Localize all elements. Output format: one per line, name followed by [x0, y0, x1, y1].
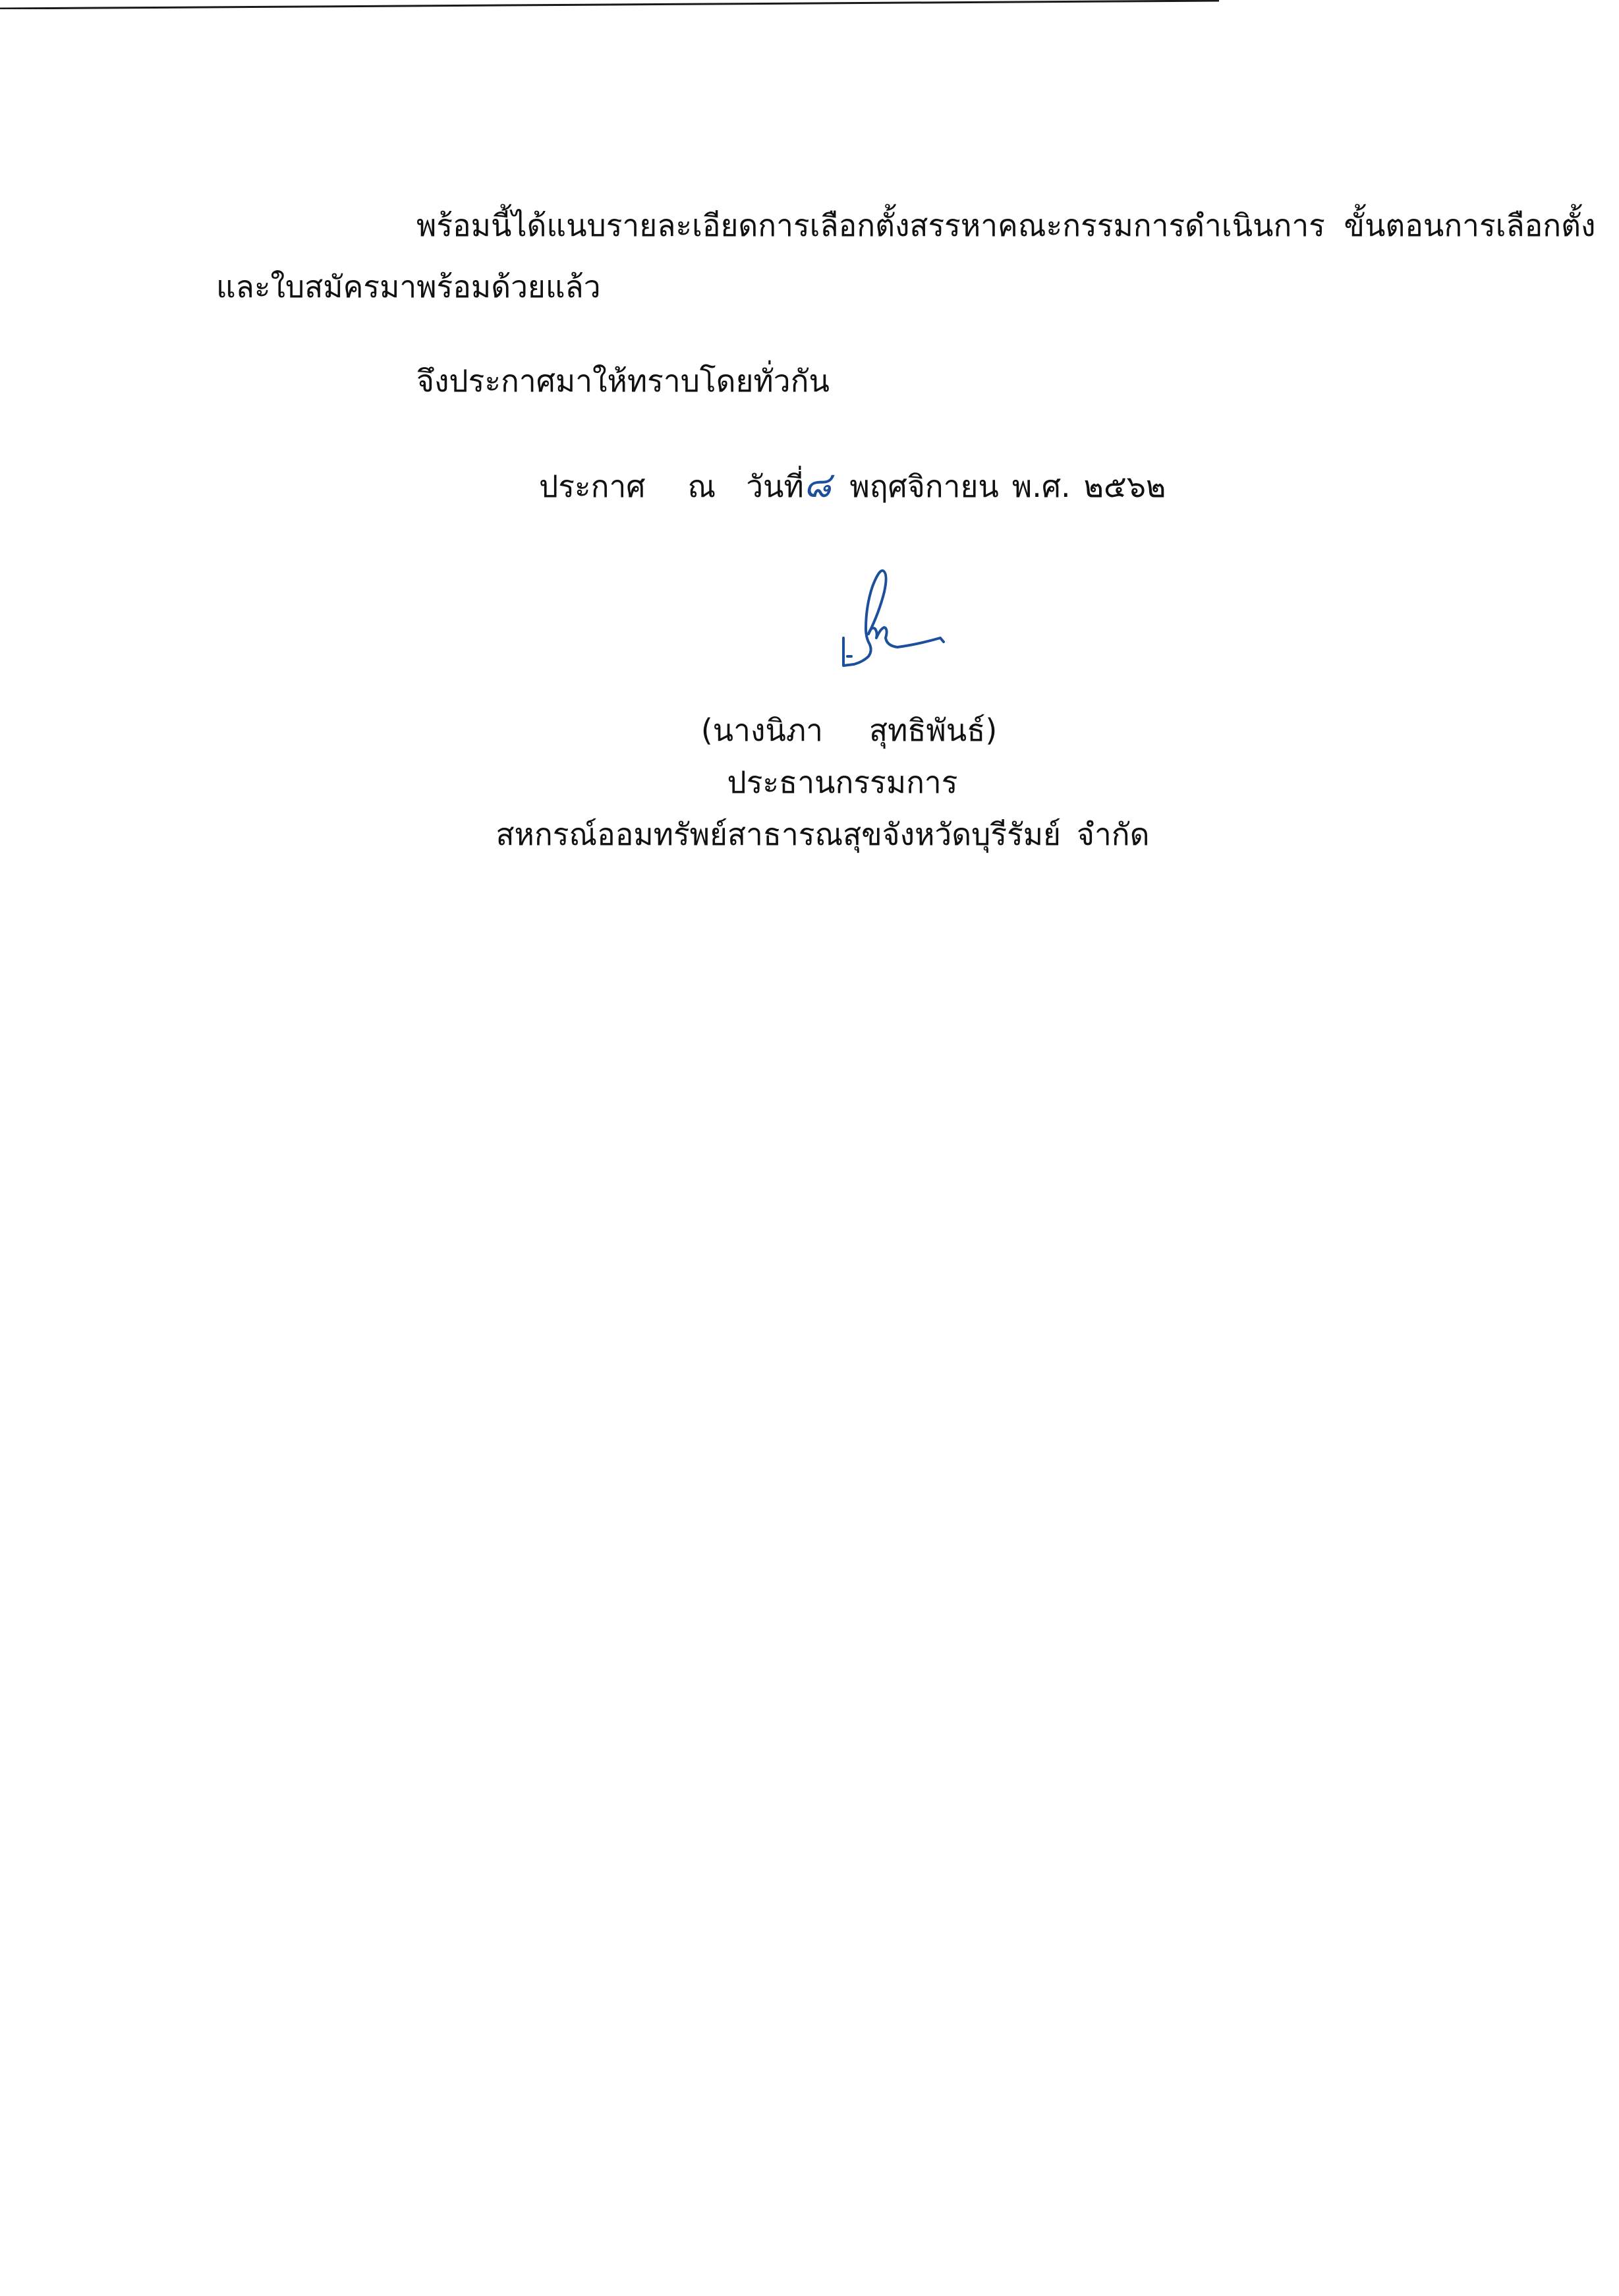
- signer-first-name: (นางนิภา: [701, 712, 823, 748]
- scan-top-edge-line: [0, 0, 1219, 9]
- month: พฤศจิกายน: [849, 469, 998, 504]
- handwritten-signature-icon: [832, 560, 950, 672]
- closing-statement: จึงประกาศมาให้ทราบโดยทั่วกัน: [416, 361, 830, 401]
- signer-last-name: สุทธิพันธ์): [869, 712, 997, 748]
- organization-name: สหกรณ์ออมทรัพย์สาธารณสุขจังหวัดบุรีรัมย์: [496, 817, 1061, 852]
- signer-name: (นางนิภาสุทธิพันธ์): [40, 710, 1619, 750]
- signer-organization: สหกรณ์ออมทรัพย์สาธารณสุขจังหวัดบุรีรัมย์…: [13, 815, 1619, 854]
- announced-label: ประกาศ: [539, 469, 646, 504]
- day-label: วันที่: [746, 469, 804, 504]
- handwritten-day: ๘: [804, 464, 832, 505]
- paragraph-attachment-line-2: และใบสมัครมาพร้อมด้วยแล้ว: [216, 267, 601, 306]
- year: ๒๕๖๒: [1084, 469, 1166, 504]
- paragraph-attachment-line-1: พร้อมนี้ได้แนบรายละเอียดการเลือกตั้งสรรห…: [416, 206, 1595, 245]
- announcement-date-line: ประกาศณวันที่๘พฤศจิกายนพ.ศ.๒๕๖๒: [539, 465, 1166, 506]
- signer-title: ประธานกรรมการ: [33, 762, 1619, 802]
- era-label: พ.ศ.: [1012, 469, 1071, 504]
- at-label: ณ: [688, 469, 716, 504]
- organization-suffix: จำกัด: [1077, 817, 1150, 852]
